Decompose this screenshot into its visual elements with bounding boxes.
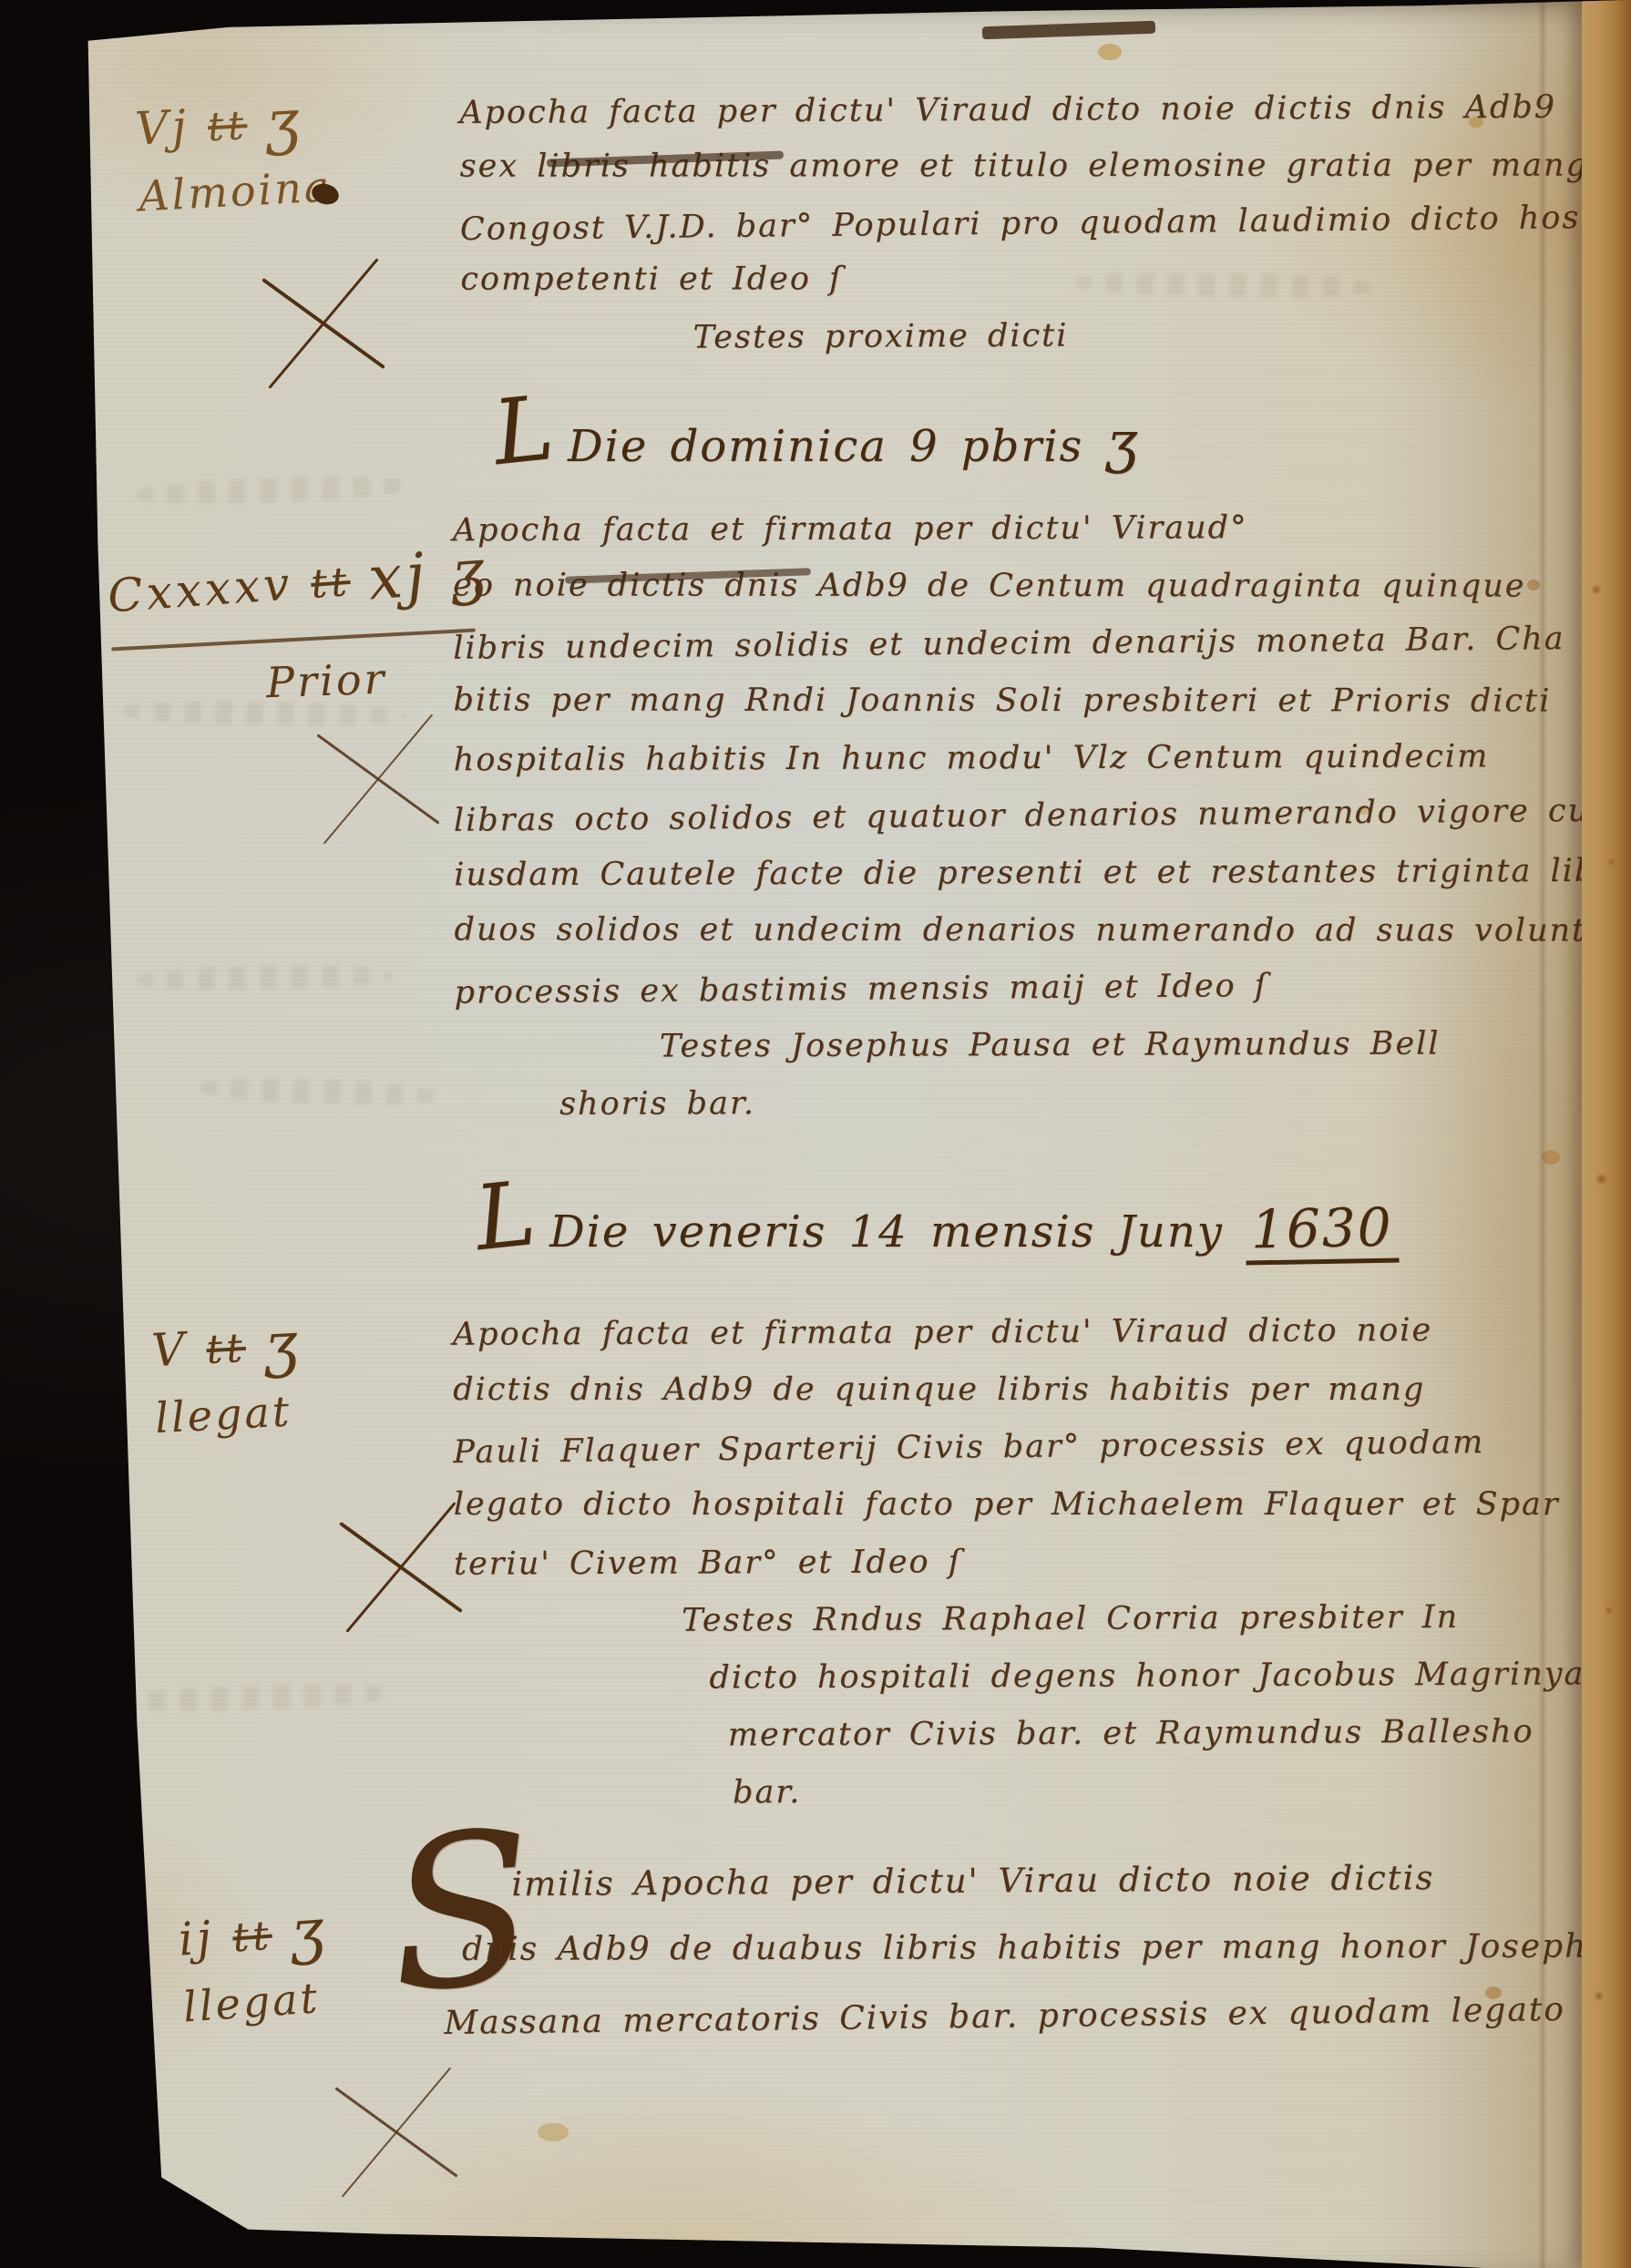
witness-line: mercator Civis bar. et Raymundus Ballesh… <box>728 1713 1585 1774</box>
calligraphic-initial: L <box>473 1182 540 1252</box>
heading-text: Die dominica 9 pbris <box>568 421 1083 472</box>
lliures-symbol: tt <box>205 1325 247 1373</box>
entry-4: imilis Apocha per dictu' Virau dicto noi… <box>511 1857 1600 2069</box>
margin-label: llegat <box>181 1972 333 2031</box>
amount-value: Vj <box>134 100 191 156</box>
margin-amount: Vj tt ʒ <box>134 85 331 165</box>
foxing-spot <box>538 2123 569 2141</box>
entry-line: Apocha facta per dictu' Viraud dicto noi… <box>459 87 1631 151</box>
paraph-flourish-icon: ʒ <box>288 1894 331 1967</box>
witness-line: bar. <box>733 1770 1585 1832</box>
margin-note-almoina: Vj tt ʒ Almoina <box>134 85 333 221</box>
binding-edge <box>1582 0 1631 2268</box>
lliures-symbol: tt <box>310 559 353 608</box>
year-value: 1630 <box>1245 1196 1399 1266</box>
date-heading-1: LDie dominica 9 pbris ʒ <box>494 399 1140 472</box>
entry-3: Apocha facta et firmata per dictu' Virau… <box>453 1311 1585 1832</box>
entry-line: Congost V.J.D. bar° Populari pro quodam … <box>460 197 1631 268</box>
witness-line: Testes Rndus Raphael Corria presbiter In <box>682 1598 1585 1659</box>
entry-line: imilis Apocha per dictu' Virau dicto noi… <box>511 1857 1599 1933</box>
margin-amount: ij tt ʒ <box>176 1894 330 1975</box>
margin-note-prior: Cxxxxv tt xj ʒ <box>106 536 491 632</box>
entry-line: teriu' Civem Bar° et Ideo ſ <box>454 1541 1585 1603</box>
paraph-flourish-icon: ʒ <box>263 86 304 158</box>
amount-value: ij <box>177 1911 216 1966</box>
cross-mark-icon <box>255 255 392 392</box>
show-through-smudge <box>137 474 411 507</box>
entry-line: legato dicto hospitali facto per Michael… <box>454 1486 1585 1544</box>
witness-line: Testes Josephus Pausa et Raymundus Bell <box>660 1025 1631 1086</box>
entry-line: duos solidos et undecim denarios numeran… <box>454 911 1631 970</box>
calligraphic-initial: L <box>491 396 559 467</box>
entry-line: Pauli Flaquer Sparterij Civis bar° proce… <box>453 1423 1584 1492</box>
lliures-symbol: tt <box>231 1913 274 1962</box>
cross-mark-icon <box>333 1499 469 1636</box>
amount-value: V <box>150 1322 190 1377</box>
entry-line: Apocha facta et firmata per dictu' Virau… <box>453 508 1631 570</box>
show-through-smudge <box>137 964 392 992</box>
margin-note-llegat-2: ij tt ʒ llegat <box>176 1894 333 2031</box>
entry-line: libras octo solidos et quatuor denarios … <box>454 792 1631 859</box>
paraph-flourish-icon: ʒ <box>1106 408 1140 475</box>
show-through-smudge <box>200 1075 438 1107</box>
entry-line: dictis dnis Adb9 de quinque libris habit… <box>453 1371 1584 1429</box>
entry-line: bitis per mang Rndi Joannis Soli presbit… <box>454 682 1631 740</box>
page-crease <box>1538 0 1547 2268</box>
entry-line: Massana mercatoris Civis bar. processis … <box>444 1991 1601 2073</box>
witness-line: shoris bar. <box>559 1083 1631 1144</box>
entry-1: Apocha facta per dictu' Viraud dicto noi… <box>459 87 1631 378</box>
margin-amount: Cxxxxv tt xj ʒ <box>106 536 491 632</box>
margin-amount: V tt ʒ <box>149 1308 303 1387</box>
ink-stroke-fragment <box>982 21 1155 40</box>
date-heading-2: LDie veneris 14 mensis Juny 1630 <box>476 1185 1399 1264</box>
entry-line: competenti et Ideo ſ <box>460 260 1631 317</box>
margin-note-llegat-1: V tt ʒ llegat <box>149 1308 306 1442</box>
heading-text: Die veneris 14 mensis Juny <box>549 1206 1224 1257</box>
entry-line: libris undecim solidis et undecim denari… <box>453 620 1631 687</box>
cross-mark-icon <box>310 711 446 847</box>
show-through-smudge <box>118 1681 393 1714</box>
margin-label: Almoina <box>138 161 333 221</box>
witness-line: Testes proxime dicti <box>692 313 1631 377</box>
margin-label: Prior <box>265 654 387 708</box>
entry-line: iusdam Cautele facte die presenti et et … <box>454 853 1631 915</box>
entry-line: hospitalis habitis In hunc modu' Vlz Cen… <box>454 738 1631 800</box>
cross-mark-icon <box>328 2064 465 2201</box>
entry-line: Apocha facta et firmata per dictu' Virau… <box>453 1311 1584 1373</box>
margin-note-prior-label: Prior <box>265 647 387 708</box>
margin-label: llegat <box>154 1386 306 1443</box>
amount-value: Cxxxxv <box>106 557 294 622</box>
margin-underline <box>111 629 476 652</box>
entry-line: dnis Adb9 de duabus libris habitis per m… <box>462 1928 1600 1999</box>
lliures-symbol: tt <box>207 102 249 150</box>
witness-line: dicto hospitali degens honor Jacobus Mag… <box>709 1656 1585 1717</box>
paraph-flourish-icon: ʒ <box>262 1308 303 1380</box>
manuscript-photo: Vj tt ʒ Almoina Apocha facta per dictu' … <box>0 0 1631 2268</box>
entry-2: Apocha facta et firmata per dictu' Virau… <box>453 508 1631 1144</box>
foxing-spot <box>1098 44 1122 60</box>
manuscript-page: Vj tt ʒ Almoina Apocha facta per dictu' … <box>0 0 1631 2268</box>
entry-line: processis ex bastimis mensis maij et Ide… <box>454 964 1631 1031</box>
